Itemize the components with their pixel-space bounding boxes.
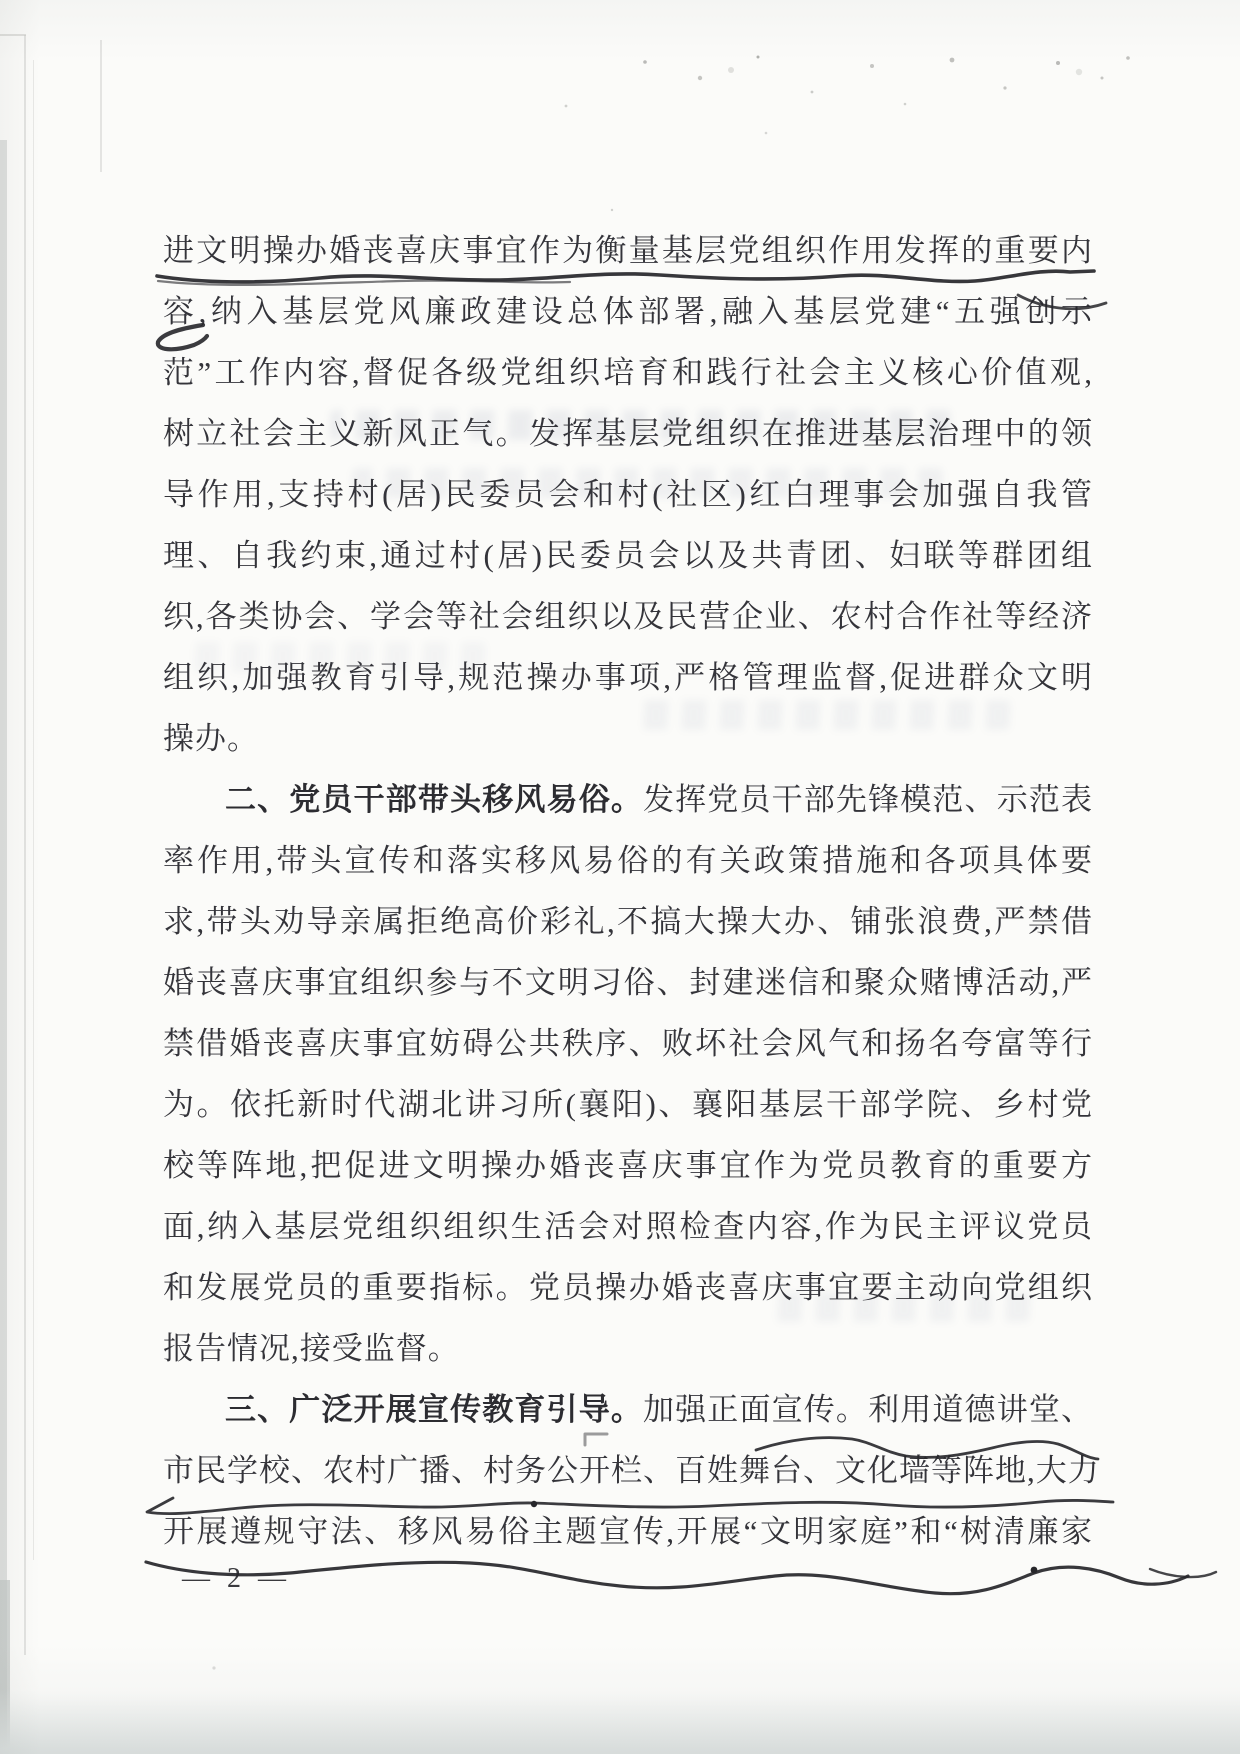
- page-edge-line: [24, 35, 26, 1655]
- text-line: 树立社会主义新风正气。发挥基层党组织在推进基层治理中的领: [163, 403, 1093, 464]
- text-line: 组织,加强教育引导,规范操办事项,严格管理监督,促进群众文明: [163, 647, 1093, 708]
- wavy-underline-line22: [146, 1562, 1188, 1594]
- text-line: 求,带头劝导亲属拒绝高价彩礼,不搞大操大办、铺张浪费,严禁借: [163, 891, 1093, 952]
- text-line: 范”工作内容,督促各级党组织培育和践行社会主义核心价值观,: [163, 342, 1093, 403]
- text-line: 二、党员干部带头移风易俗。发挥党员干部先锋模范、示范表: [163, 769, 1093, 830]
- page-edge-line: [0, 34, 26, 36]
- scanned-document-page: 进文明操办婚丧喜庆事宜作为衡量基层党组织作用发挥的重要内 容,纳入基层党风廉政建…: [0, 0, 1240, 1754]
- page-edge-line: [33, 60, 34, 1560]
- text-line: 率作用,带头宣传和落实移风易俗的有关政策措施和各项具体要: [163, 830, 1093, 891]
- text-line: 和发展党员的重要指标。党员操办婚丧喜庆事宜要主动向党组织: [163, 1257, 1093, 1318]
- text-line: 导作用,支持村(居)民委员会和村(社区)红白理事会加强自我管: [163, 464, 1093, 525]
- line-text: 加强正面宣传。利用道德讲堂、: [643, 1392, 1093, 1427]
- text-line: 面,纳入基层党组织组织生活会对照检查内容,作为民主评议党员: [163, 1196, 1093, 1257]
- text-line: 开展遵规守法、移风易俗主题宣传,开展“文明家庭”和“树清廉家: [163, 1501, 1093, 1562]
- text-line: 三、广泛开展宣传教育引导。加强正面宣传。利用道德讲堂、: [163, 1379, 1093, 1440]
- text-line: 操办。: [163, 708, 1093, 769]
- text-line: 报告情况,接受监督。: [163, 1318, 1093, 1379]
- page-edge-crease: [100, 40, 102, 172]
- page-number: — 2 —: [182, 1563, 291, 1595]
- section-heading-2: 二、党员干部带头移风易俗。: [225, 782, 643, 817]
- text-line: 婚丧喜庆事宜组织参与不文明习俗、封建迷信和聚众赌博活动,严: [163, 952, 1093, 1013]
- text-line: 禁借婚丧喜庆事宜妨碍公共秩序、败坏社会风气和扬名夸富等行: [163, 1013, 1093, 1074]
- page-edge-line: [0, 140, 7, 1754]
- pen-dot: [1031, 1567, 1038, 1574]
- text-line: 进文明操办婚丧喜庆事宜作为衡量基层党组织作用发挥的重要内: [163, 220, 1093, 281]
- pen-tail-flick: [1150, 1569, 1216, 1577]
- text-line: 为。依托新时代湖北讲习所(襄阳)、襄阳基层干部学院、乡村党: [163, 1074, 1093, 1135]
- line-text: 发挥党员干部先锋模范、示范表: [643, 782, 1093, 817]
- text-line: 理、自我约束,通过村(居)民委员会以及共青团、妇联等群团组: [163, 525, 1093, 586]
- text-line: 织,各类协会、学会等社会组织以及民营企业、农村合作社等经济: [163, 586, 1093, 647]
- text-line: 市民学校、农村广播、村务公开栏、百姓舞台、文化墙等阵地,大力: [163, 1440, 1093, 1501]
- text-line: 容,纳入基层党风廉政建设总体部署,融入基层党建“五强创示: [163, 281, 1093, 342]
- section-heading-3: 三、广泛开展宣传教育引导。: [225, 1392, 643, 1427]
- scan-bottom-shadow: [0, 1690, 1240, 1754]
- document-body: 进文明操办婚丧喜庆事宜作为衡量基层党组织作用发挥的重要内 容,纳入基层党风廉政建…: [163, 220, 1093, 1562]
- text-line: 校等阵地,把促进文明操办婚丧喜庆事宜作为党员教育的重要方: [163, 1135, 1093, 1196]
